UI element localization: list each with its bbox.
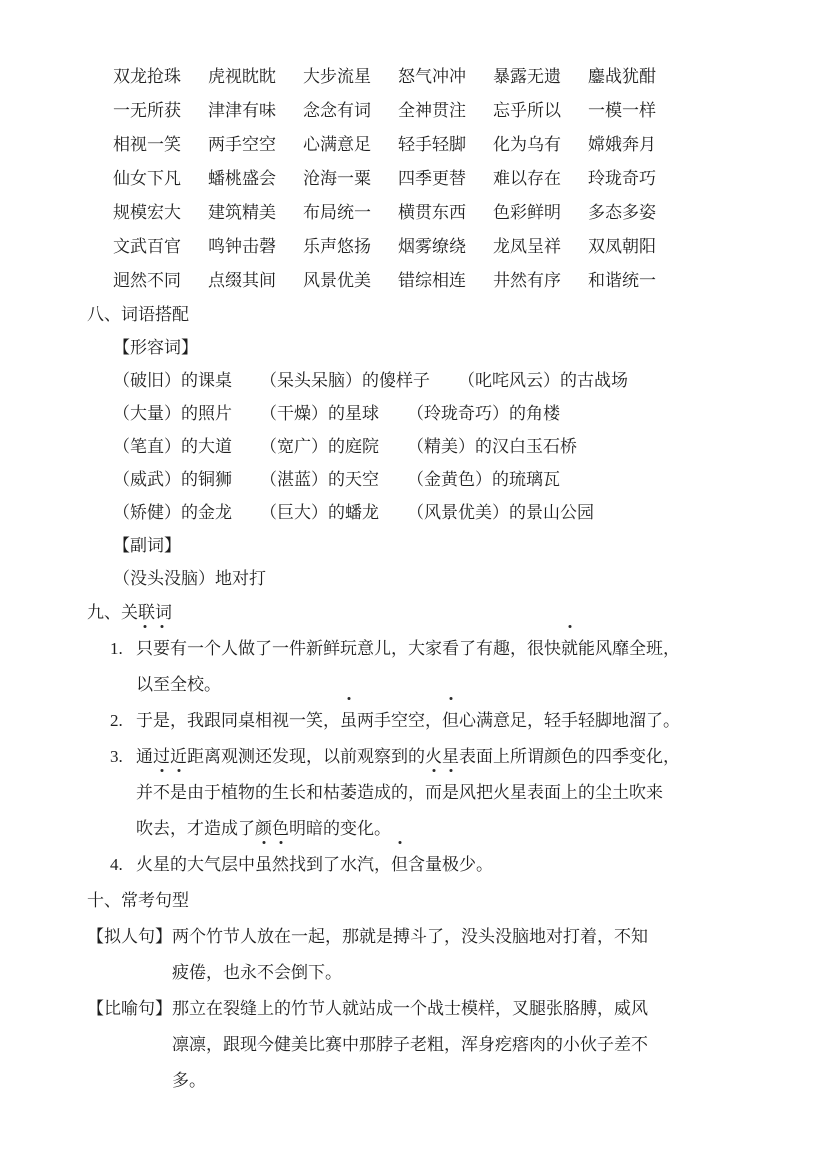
collocation-item: （呆头呆脑）的傻样子 xyxy=(260,364,430,397)
sentence-line: 吹去，才造成了颜色明暗的变化。 xyxy=(136,811,826,847)
emphasized-char: 但 xyxy=(391,847,408,883)
collocation-item: （笔直）的大道 xyxy=(113,430,232,463)
collocation-item: （威武）的铜狮 xyxy=(113,463,232,496)
sentence-text: 通过近距离观测还发现，以前观察到的火星表面上所谓颜色的四季变化， xyxy=(136,747,680,766)
emphasized-char: 但 xyxy=(442,703,459,739)
sentence-line: 2.于是，我跟同桌相视一笑，虽两手空空，但心满意足，轻手轻脚地溜了。 xyxy=(110,703,826,739)
idiom: 规模宏大 xyxy=(113,196,181,230)
text-segment: 吹去，才造成了颜色明暗的变化。 xyxy=(136,819,391,838)
text-segment: 能风靡全班， xyxy=(578,639,680,658)
idiom-section: 双龙抢珠虎视眈眈大步流星怒气冲冲暴露无遗鏖战犹酣 一无所获津津有味念念有词全神贯… xyxy=(0,60,826,298)
idiom: 井然有序 xyxy=(493,264,561,298)
text-segment: 于是，我跟同桌相视一笑， xyxy=(136,711,340,730)
pattern-line: 【比喻句】那立在裂缝上的竹节人就站成一个战士模样，叉腿张胳膊，威风 xyxy=(87,991,826,1027)
collocation-item: （大量）的照片 xyxy=(113,397,232,430)
adverb-label: 【副词】 xyxy=(113,529,826,562)
text-segment: 风把火星表面上的尘土吹来 xyxy=(459,783,663,802)
sentence-text: 火星的大气层中虽然找到了水汽，但含量极少。 xyxy=(136,855,493,874)
conjunction-section: 九、关联词 1.只要有一个人做了一件新鲜玩意儿，大家看了有趣，很快就能风靡全班，… xyxy=(0,595,826,883)
pattern-label: 【比喻句】 xyxy=(87,999,172,1018)
idiom: 布局统一 xyxy=(303,196,371,230)
text-segment: 有一个人做了一件新鲜玩意儿，大家看了有趣，很快 xyxy=(170,639,561,658)
collocation-item: （干燥）的星球 xyxy=(260,397,379,430)
collocation-section: 八、词语搭配 【形容词】 （破旧）的课桌（呆头呆脑）的傻样子（叱咤风云）的古战场… xyxy=(0,298,826,595)
sentence-line: 4.火星的大气层中虽然找到了水汽，但含量极少。 xyxy=(110,847,826,883)
idiom: 蟠桃盛会 xyxy=(208,162,276,196)
idiom: 仙女下凡 xyxy=(113,162,181,196)
idiom-row: 双龙抢珠虎视眈眈大步流星怒气冲冲暴露无遗鏖战犹酣 xyxy=(113,60,826,94)
idiom-row: 一无所获津津有味念念有词全神贯注忘乎所以一模一样 xyxy=(113,94,826,128)
conjunction-item: 2.于是，我跟同桌相视一笑，虽两手空空，但心满意足，轻手轻脚地溜了。 xyxy=(0,703,826,739)
collocation-item: （叱咤风云）的古战场 xyxy=(458,364,628,397)
idiom: 烟雾缭绕 xyxy=(398,230,466,264)
idiom: 点缀其间 xyxy=(208,264,276,298)
idiom: 虎视眈眈 xyxy=(208,60,276,94)
idiom: 一无所获 xyxy=(113,94,181,128)
idiom: 全神贯注 xyxy=(398,94,466,128)
pattern-line: 多。 xyxy=(172,1063,826,1099)
text-segment: 火星的大气层中 xyxy=(136,855,255,874)
item-number: 3. xyxy=(110,739,136,775)
collocation-item: （宽广）的庭院 xyxy=(260,430,379,463)
emphasized-char: 就 xyxy=(561,631,578,667)
idiom-row: 文武百官鸣钟击磬乐声悠扬烟雾缭绕龙凤呈祥双凤朝阳 xyxy=(113,230,826,264)
idiom: 错综相连 xyxy=(398,264,466,298)
idiom: 化为乌有 xyxy=(493,128,561,162)
conjunction-item: 4.火星的大气层中虽然找到了水汽，但含量极少。 xyxy=(0,847,826,883)
emphasized-char: 是 xyxy=(170,775,187,811)
idiom: 龙凤呈祥 xyxy=(493,230,561,264)
idiom: 念念有词 xyxy=(303,94,371,128)
idiom-row: 相视一笑两手空空心满意足轻手轻脚化为乌有嫦娥奔月 xyxy=(113,128,826,162)
pattern-section: 十、常考句型 【拟人句】两个竹节人放在一起，那就是搏斗了，没头没脑地对打着，不知… xyxy=(0,883,826,1099)
idiom-row: 仙女下凡蟠桃盛会沧海一粟四季更替难以存在玲珑奇巧 xyxy=(113,162,826,196)
idiom: 鏖战犹酣 xyxy=(588,60,656,94)
pattern-line: 凛凛，跟现今健美比赛中那脖子老粗，浑身疙瘩肉的小伙子差不 xyxy=(172,1027,826,1063)
collocation-row: （破旧）的课桌（呆头呆脑）的傻样子（叱咤风云）的古战场 xyxy=(113,364,826,397)
idiom: 风景优美 xyxy=(303,264,371,298)
collocation-item: （金黄色）的琉璃瓦 xyxy=(407,463,560,496)
sentence-line: 1.只要有一个人做了一件新鲜玩意儿，大家看了有趣，很快就能风靡全班， xyxy=(110,631,826,667)
collocation-row: （矫健）的金龙（巨大）的蟠龙（风景优美）的景山公园 xyxy=(113,496,826,529)
idiom: 文武百官 xyxy=(113,230,181,264)
adjective-label: 【形容词】 xyxy=(113,331,826,364)
text-segment: 通过近距离观测还发现，以前观察到的火星表面上所谓颜色的四季变化， xyxy=(136,747,680,766)
text-segment: 并 xyxy=(136,783,153,802)
idiom: 四季更替 xyxy=(398,162,466,196)
emphasized-char: 而 xyxy=(425,775,442,811)
collocation-row: （大量）的照片（干燥）的星球（玲珑奇巧）的角楼 xyxy=(113,397,826,430)
document-content: 双龙抢珠虎视眈眈大步流星怒气冲冲暴露无遗鏖战犹酣 一无所获津津有味念念有词全神贯… xyxy=(0,0,826,1099)
document-page: 双龙抢珠虎视眈眈大步流星怒气冲冲暴露无遗鏖战犹酣 一无所获津津有味念念有词全神贯… xyxy=(0,0,826,1169)
text-segment: 找到了水汽， xyxy=(289,855,391,874)
pattern-line: 疲倦，也永不会倒下。 xyxy=(172,955,826,991)
conjunction-item: 1.只要有一个人做了一件新鲜玩意儿，大家看了有趣，很快就能风靡全班， 以至全校。 xyxy=(0,631,826,703)
collocation-item: （巨大）的蟠龙 xyxy=(260,496,379,529)
sentence-text: 只要有一个人做了一件新鲜玩意儿，大家看了有趣，很快就能风靡全班， xyxy=(136,639,680,658)
idiom: 嫦娥奔月 xyxy=(588,128,656,162)
text-segment: 含量极少。 xyxy=(408,855,493,874)
sentence-line: 并不是由于植物的生长和枯萎造成的，而是风把火星表面上的尘土吹来 xyxy=(136,775,826,811)
idiom: 乐声悠扬 xyxy=(303,230,371,264)
idiom: 心满意足 xyxy=(303,128,371,162)
collocation-item: （破旧）的课桌 xyxy=(113,364,232,397)
pattern-line: 【拟人句】两个竹节人放在一起，那就是搏斗了，没头没脑地对打着，不知 xyxy=(87,919,826,955)
emphasized-char: 要 xyxy=(153,631,170,667)
section-heading-patterns: 十、常考句型 xyxy=(87,883,826,919)
emphasized-char: 然 xyxy=(272,847,289,883)
conjunction-item: 3.通过近距离观测还发现，以前观察到的火星表面上所谓颜色的四季变化， 并不是由于… xyxy=(0,739,826,847)
idiom: 大步流星 xyxy=(303,60,371,94)
idiom-row: 迥然不同点缀其间风景优美错综相连井然有序和谐统一 xyxy=(113,264,826,298)
emphasized-char: 只 xyxy=(136,631,153,667)
idiom: 迥然不同 xyxy=(113,264,181,298)
pattern-label: 【拟人句】 xyxy=(87,927,172,946)
section-heading-collocation: 八、词语搭配 xyxy=(87,298,826,331)
sentence-line: 以至全校。 xyxy=(136,667,826,703)
pattern-item: 【比喻句】那立在裂缝上的竹节人就站成一个战士模样，叉腿张胳膊，威风 凛凛，跟现今… xyxy=(0,991,826,1099)
idiom: 沧海一粟 xyxy=(303,162,371,196)
idiom: 多态多姿 xyxy=(588,196,656,230)
idiom: 建筑精美 xyxy=(208,196,276,230)
collocation-row: （笔直）的大道（宽广）的庭院（精美）的汉白玉石桥 xyxy=(113,430,826,463)
idiom: 双龙抢珠 xyxy=(113,60,181,94)
item-number: 1. xyxy=(110,631,136,667)
collocation-item: （矫健）的金龙 xyxy=(113,496,232,529)
idiom: 忘乎所以 xyxy=(493,94,561,128)
pattern-item: 【拟人句】两个竹节人放在一起，那就是搏斗了，没头没脑地对打着，不知 疲倦，也永不… xyxy=(0,919,826,991)
idiom-row: 规模宏大建筑精美布局统一横贯东西色彩鲜明多态多姿 xyxy=(113,196,826,230)
collocation-item: （玲珑奇巧）的角楼 xyxy=(407,397,560,430)
text-segment: 两手空空， xyxy=(357,711,442,730)
idiom: 横贯东西 xyxy=(398,196,466,230)
collocation-item: （风景优美）的景山公园 xyxy=(407,496,594,529)
section-heading-conjunctions: 九、关联词 xyxy=(87,595,826,631)
text-segment: 心满意足，轻手轻脚地溜了。 xyxy=(459,711,680,730)
collocation-item: （湛蓝）的天空 xyxy=(260,463,379,496)
idiom: 轻手轻脚 xyxy=(398,128,466,162)
adverb-line: （没头没脑）地对打 xyxy=(113,562,826,595)
idiom: 难以存在 xyxy=(493,162,561,196)
idiom: 怒气冲冲 xyxy=(398,60,466,94)
item-number: 4. xyxy=(110,847,136,883)
collocation-item: （精美）的汉白玉石桥 xyxy=(407,430,577,463)
idiom: 色彩鲜明 xyxy=(493,196,561,230)
pattern-text: 那立在裂缝上的竹节人就站成一个战士模样，叉腿张胳膊，威风 xyxy=(172,999,648,1018)
collocation-row: （威武）的铜狮（湛蓝）的天空（金黄色）的琉璃瓦 xyxy=(113,463,826,496)
idiom: 鸣钟击磬 xyxy=(208,230,276,264)
emphasized-char: 不 xyxy=(153,775,170,811)
idiom: 玲珑奇巧 xyxy=(588,162,656,196)
idiom: 双凤朝阳 xyxy=(588,230,656,264)
emphasized-char: 虽 xyxy=(340,703,357,739)
emphasized-char: 虽 xyxy=(255,847,272,883)
item-number: 2. xyxy=(110,703,136,739)
idiom: 和谐统一 xyxy=(588,264,656,298)
idiom: 津津有味 xyxy=(208,94,276,128)
text-segment: 由于植物的生长和枯萎造成的， xyxy=(187,783,425,802)
pattern-text: 两个竹节人放在一起，那就是搏斗了，没头没脑地对打着，不知 xyxy=(172,927,648,946)
idiom: 两手空空 xyxy=(208,128,276,162)
sentence-line: 3.通过近距离观测还发现，以前观察到的火星表面上所谓颜色的四季变化， xyxy=(110,739,826,775)
idiom: 相视一笑 xyxy=(113,128,181,162)
text-segment: 以至全校。 xyxy=(136,675,221,694)
emphasized-char: 是 xyxy=(442,775,459,811)
idiom: 暴露无遗 xyxy=(493,60,561,94)
idiom: 一模一样 xyxy=(588,94,656,128)
sentence-text: 于是，我跟同桌相视一笑，虽两手空空，但心满意足，轻手轻脚地溜了。 xyxy=(136,711,680,730)
